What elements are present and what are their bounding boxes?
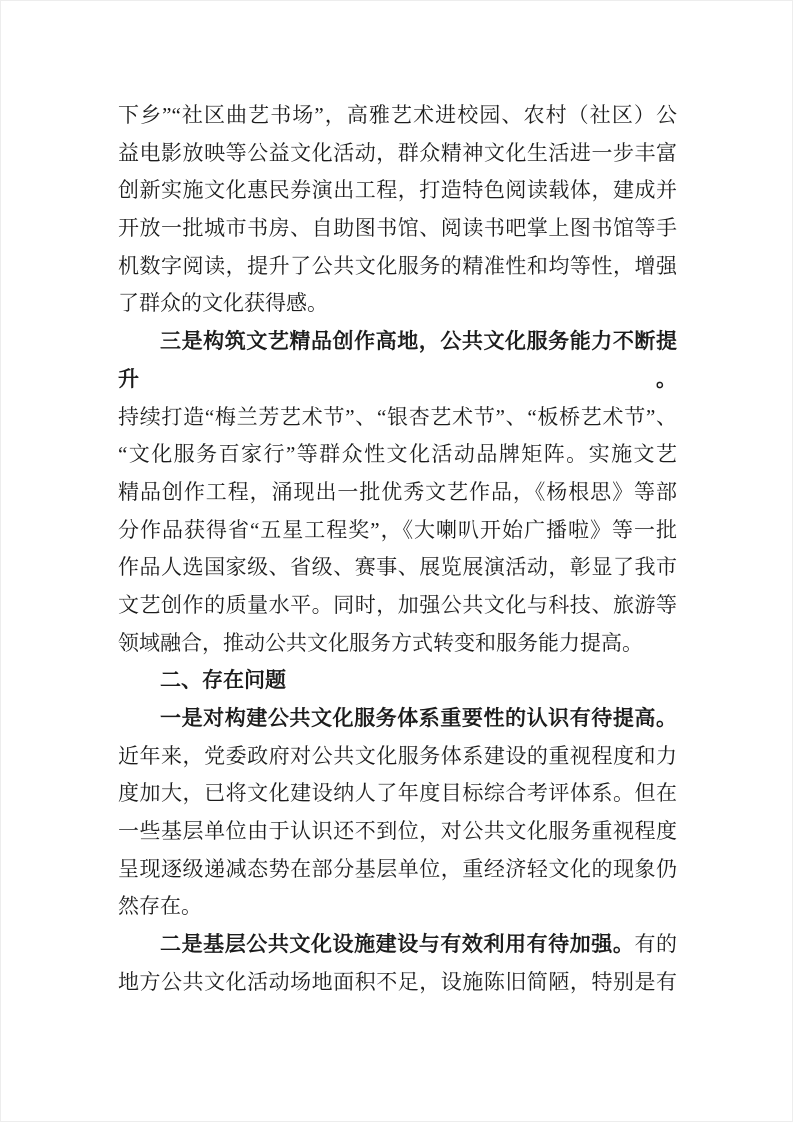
bold-text-segment: 二、存在问题	[160, 669, 286, 692]
bold-text-segment: 二是基层公共文化设施建设与有效利用有待加强。	[160, 932, 634, 956]
text-segment: 文艺创作的质量水平。同时，加强公共文化与科技、旅游等	[118, 593, 677, 617]
text-line: 了群众的文化获得感。	[118, 285, 677, 323]
text-line: “文化服务百家行”等群众性文化活动品牌矩阵。实施文艺	[118, 436, 677, 474]
text-line: 度加大，已将文化建设纳人了年度目标综合考评体系。但在	[118, 775, 677, 813]
text-segment: 然存在。	[118, 894, 202, 918]
text-line: 地方公共文化活动场地面积不足，设施陈旧简陋，特别是有	[118, 964, 677, 1002]
text-segment: 呈现逐级递减态势在部分基层单位，重经济轻文化的现象仍	[118, 857, 677, 881]
text-line: 益电影放映等公益文化活动，群众精神文化生活进一步丰富	[118, 135, 677, 173]
text-line: 创新实施文化惠民券演出工程，打造特色阅读载体，建成并	[118, 172, 677, 210]
text-segment: 近年来，党委政府对公共文化服务体系建设的重视程度和力	[118, 744, 677, 768]
text-segment: 益电影放映等公益文化活动，群众精神文化生活进一步丰富	[118, 141, 677, 165]
text-segment: 分作品获得省“五星工程奖”，《大喇叭开始广播啦》等一批	[118, 518, 677, 542]
document-page: 下乡”“社区曲艺书场”，高雅艺术进校园、农村（社区）公益电影放映等公益文化活动，…	[0, 0, 793, 1122]
text-line: 分作品获得省“五星工程奖”，《大喇叭开始广播啦》等一批	[118, 512, 677, 550]
text-segment: 了群众的文化获得感。	[118, 291, 328, 315]
bold-text-segment: 一是对构建公共文化服务体系重要性的认识有待提高。	[160, 706, 677, 730]
text-line: 三是构筑文艺精品创作高地，公共文化服务能力不断提	[118, 323, 677, 361]
text-segment: 持续打造“梅兰芳艺术节”、“银杏艺术节”、“板桥艺术节”、	[118, 405, 677, 429]
text-line: 作品人选国家级、省级、赛事、展览展演活动，彰显了我市	[118, 549, 677, 587]
text-line: 文艺创作的质量水平。同时，加强公共文化与科技、旅游等	[118, 587, 677, 625]
text-segment: 地方公共文化活动场地面积不足，设施陈旧简陋，特别是有	[118, 970, 677, 994]
bold-text-segment: 升。	[118, 367, 677, 391]
text-line: 二是基层公共文化设施建设与有效利用有待加强。有的	[118, 926, 677, 964]
text-segment: 机数字阅读，提升了公共文化服务的精准性和均等性，增强	[118, 254, 677, 278]
text-line: 领域融合，推动公共文化服务方式转变和服务能力提高。	[118, 625, 677, 663]
text-line: 持续打造“梅兰芳艺术节”、“银杏艺术节”、“板桥艺术节”、	[118, 399, 677, 437]
text-line: 一是对构建公共文化服务体系重要性的认识有待提高。	[118, 700, 677, 738]
text-segment: 领域融合，推动公共文化服务方式转变和服务能力提高。	[118, 631, 643, 655]
text-segment: 开放一批城市书房、自助图书馆、阅读书吧掌上图书馆等手	[118, 216, 677, 240]
text-line: 机数字阅读，提升了公共文化服务的精准性和均等性，增强	[118, 248, 677, 286]
bold-text-segment: 三是构筑文艺精品创作高地，公共文化服务能力不断提	[160, 329, 677, 353]
text-line: 下乡”“社区曲艺书场”，高雅艺术进校园、农村（社区）公	[118, 97, 677, 135]
section-heading: 二、存在问题	[118, 662, 677, 700]
text-segment: “文化服务百家行”等群众性文化活动品牌矩阵。实施文艺	[118, 442, 677, 466]
text-line: 开放一批城市书房、自助图书馆、阅读书吧掌上图书馆等手	[118, 210, 677, 248]
text-segment: 作品人选国家级、省级、赛事、展览展演活动，彰显了我市	[118, 555, 677, 579]
text-segment: 有的	[634, 932, 677, 956]
text-line: 精品创作工程，涌现出一批优秀文艺作品，《杨根思》等部	[118, 474, 677, 512]
text-line: 升。紧紧围绕党的二十大开展主题创作宣传，市和各市（区）	[118, 361, 677, 399]
text-segment: 创新实施文化惠民券演出工程，打造特色阅读载体，建成并	[118, 178, 677, 202]
document-body: 下乡”“社区曲艺书场”，高雅艺术进校园、农村（社区）公益电影放映等公益文化活动，…	[118, 97, 677, 1002]
text-line: 呈现逐级递减态势在部分基层单位，重经济轻文化的现象仍	[118, 851, 677, 889]
text-segment: 一些基层单位由于认识还不到位，对公共文化服务重视程度	[118, 819, 677, 843]
text-line: 一些基层单位由于认识还不到位，对公共文化服务重视程度	[118, 813, 677, 851]
text-line: 然存在。	[118, 888, 677, 926]
text-segment: 度加大，已将文化建设纳人了年度目标综合考评体系。但在	[118, 781, 677, 805]
text-segment: 下乡”“社区曲艺书场”，高雅艺术进校园、农村（社区）公	[118, 103, 677, 127]
text-segment: 精品创作工程，涌现出一批优秀文艺作品，《杨根思》等部	[118, 480, 677, 504]
text-line: 近年来，党委政府对公共文化服务体系建设的重视程度和力	[118, 738, 677, 776]
